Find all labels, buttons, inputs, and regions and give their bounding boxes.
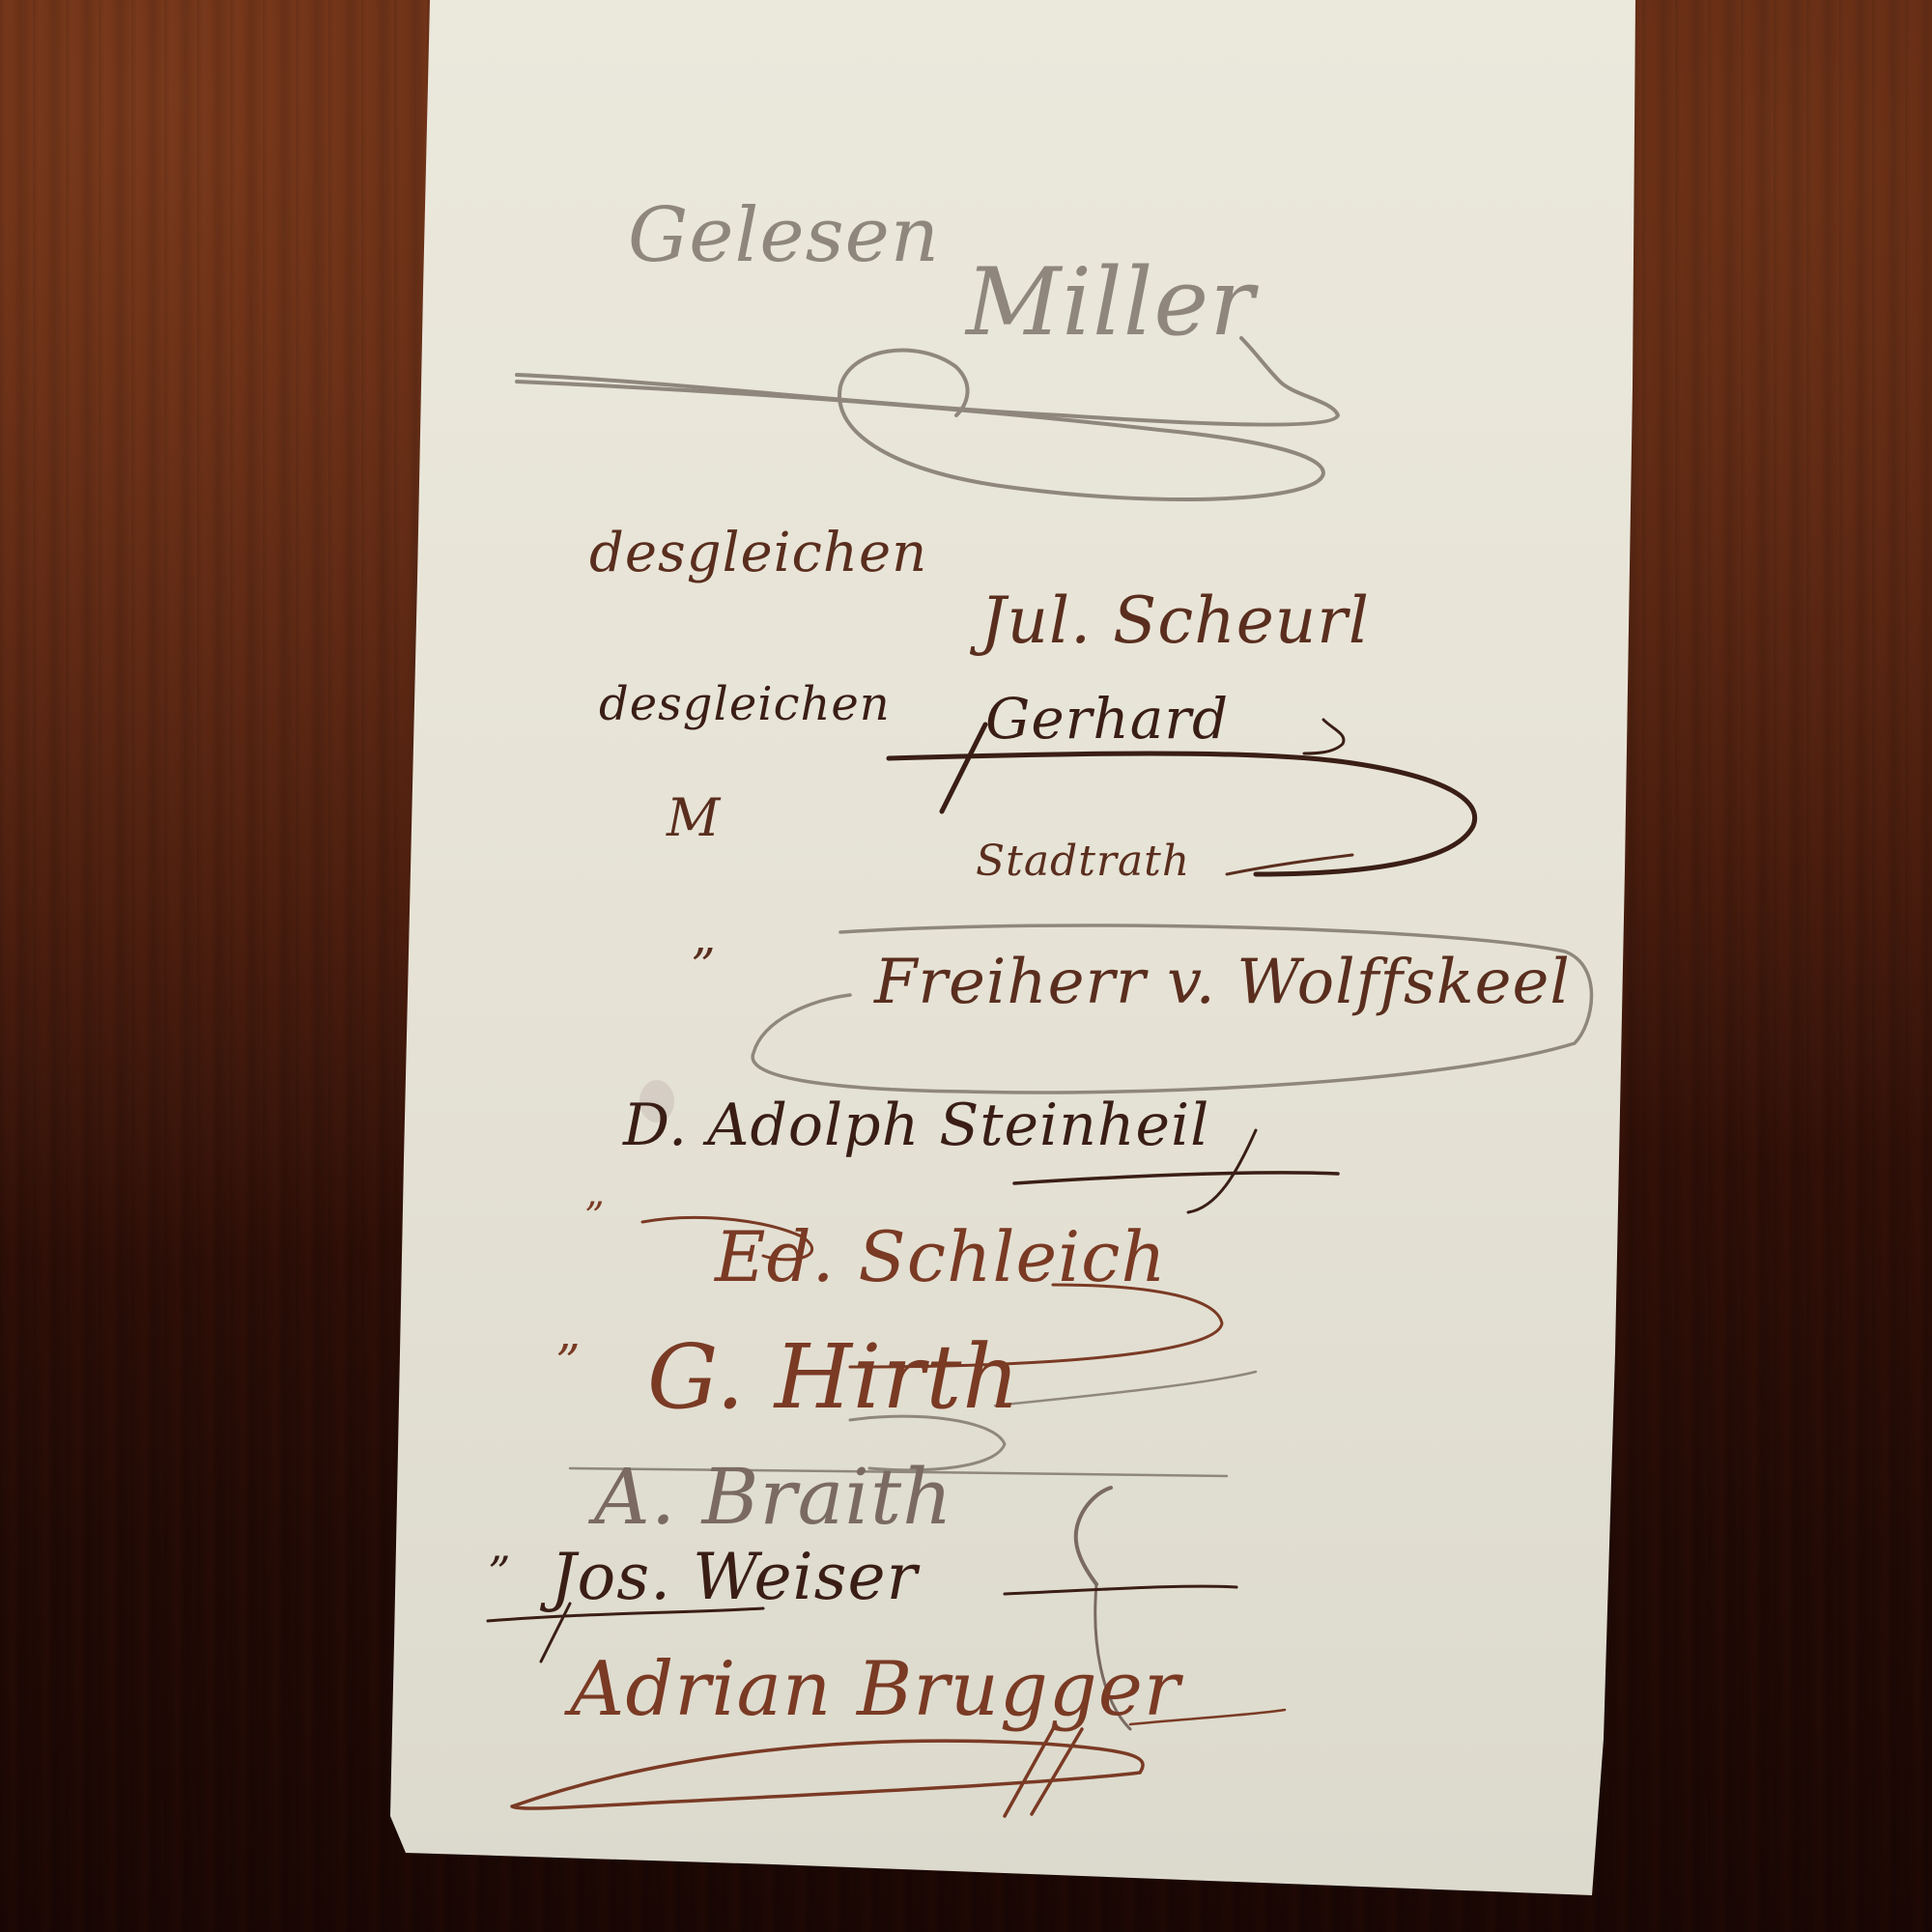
entry-prefix-desgleichen-1: desgleichen xyxy=(589,526,927,581)
signature-weiser: Jos. Weiser xyxy=(551,1546,918,1609)
entry-prefix-m: M xyxy=(667,792,721,844)
ditto-mark-1: ” xyxy=(691,942,717,990)
ditto-mark-4: ” xyxy=(488,1550,512,1595)
signature-wolffskeel: Freiherr v. Wolffskeel xyxy=(874,952,1571,1013)
title-stadtrath: Stadtrath xyxy=(976,840,1190,883)
document-paper: Gelesen Miller desgleichen Jul. Scheurl … xyxy=(0,0,1932,1932)
signature-brugger: Adrian Brugger xyxy=(570,1652,1180,1727)
entry-prefix-desgleichen-2: desgleichen xyxy=(599,681,891,727)
ditto-mark-3: ” xyxy=(555,1338,582,1386)
signature-braith: A. Braith xyxy=(594,1459,953,1536)
signature-schleich: Ed. Schleich xyxy=(715,1222,1167,1292)
ditto-mark-2: ” xyxy=(584,1198,605,1236)
signature-hirth: G. Hirth xyxy=(647,1333,1021,1422)
entry-prefix-gelesen: Gelesen xyxy=(628,198,940,273)
signature-miller: Miller xyxy=(966,256,1255,349)
signature-scheurl: Jul. Scheurl xyxy=(980,589,1370,653)
signature-steinheil: D. Adolph Steinheil xyxy=(623,1096,1209,1154)
signature-gerhard: Gerhard xyxy=(985,691,1229,747)
